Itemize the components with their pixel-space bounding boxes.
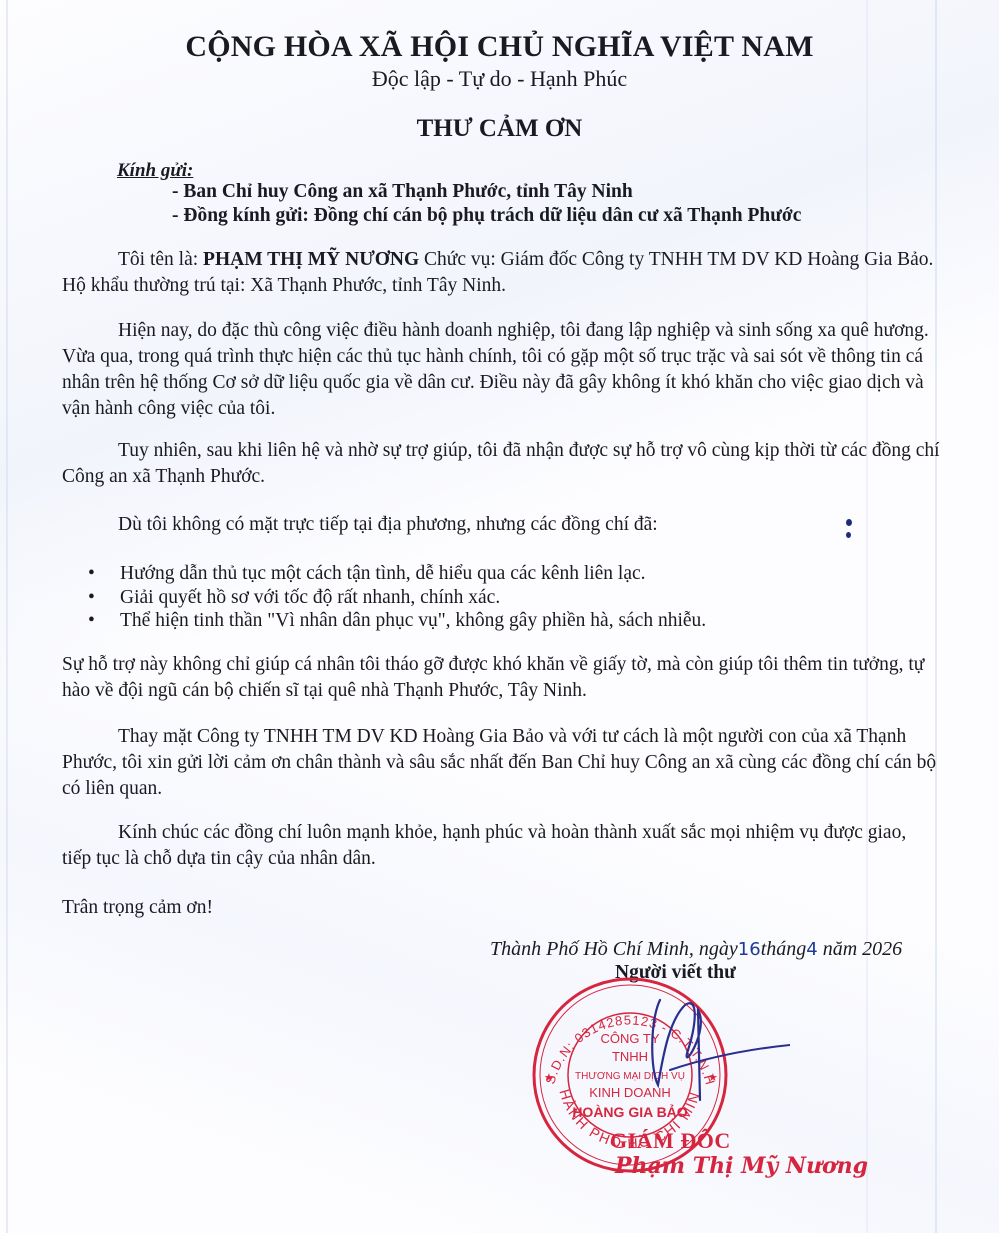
list-item-text: Hướng dẫn thủ tục một cách tận tình, dễ … bbox=[120, 563, 646, 584]
paragraph-text: Kính chúc các đồng chí luôn mạnh khỏe, h… bbox=[62, 822, 906, 869]
handwritten-signature bbox=[640, 990, 790, 1110]
bullet-icon: • bbox=[88, 562, 95, 586]
bullet-icon: • bbox=[88, 586, 95, 610]
paragraph-intro: Tôi tên là: PHẠM THỊ MỸ NƯƠNG Chức vụ: G… bbox=[62, 247, 940, 299]
paragraph-text: Tuy nhiên, sau khi liên hệ và nhờ sự trợ… bbox=[62, 440, 940, 487]
paragraph-support: Tuy nhiên, sau khi liên hệ và nhờ sự trợ… bbox=[62, 438, 940, 490]
paper-crease bbox=[935, 0, 937, 1233]
recipient-cc: - Đồng kính gửi: Đồng chí cán bộ phụ trá… bbox=[172, 205, 801, 227]
author-name: PHẠM THỊ MỸ NƯƠNG bbox=[203, 249, 419, 270]
paragraph-wishes: Kính chúc các đồng chí luôn mạnh khỏe, h… bbox=[62, 820, 940, 872]
signer-name: Phạm Thị Mỹ Nương bbox=[615, 1153, 868, 1179]
recipient-primary: - Ban Chỉ huy Công an xã Thạnh Phước, tỉ… bbox=[172, 181, 633, 203]
paragraph-text: Thay mặt Công ty TNHH TM DV KD Hoàng Gia… bbox=[62, 726, 936, 799]
letter-page: CỘNG HÒA XÃ HỘI CHỦ NGHĨA VIỆT NAM Độc l… bbox=[0, 0, 999, 1233]
intro-prefix: Tôi tên là: bbox=[118, 249, 203, 270]
list-item-text: Giải quyết hồ sơ với tốc độ rất nhanh, c… bbox=[120, 587, 500, 608]
paragraph-text: Hiện nay, do đặc thù công việc điều hành… bbox=[62, 320, 929, 419]
document-title: THƯ CẢM ƠN bbox=[0, 115, 999, 143]
bullet-list: •Hướng dẫn thủ tục một cách tận tình, dễ… bbox=[88, 562, 888, 633]
paper-crease bbox=[6, 0, 8, 1233]
paragraph-impact: Sự hỗ trợ này không chỉ giúp cá nhân tôi… bbox=[62, 652, 940, 704]
star-icon: ★ bbox=[544, 1071, 554, 1084]
paragraph-text: Sự hỗ trợ này không chỉ giúp cá nhân tôi… bbox=[62, 654, 924, 701]
list-item-text: Thể hiện tinh thần "Vì nhân dân phục vụ"… bbox=[120, 610, 706, 631]
signer-title: GIÁM ĐỐC bbox=[610, 1128, 731, 1154]
list-item: •Thể hiện tinh thần "Vì nhân dân phục vụ… bbox=[88, 609, 888, 633]
national-title: CỘNG HÒA XÃ HỘI CHỦ NGHĨA VIỆT NAM bbox=[0, 30, 999, 64]
handwritten-day: 16 bbox=[738, 939, 761, 960]
handwritten-month: 4 bbox=[806, 939, 817, 960]
bullet-icon: • bbox=[88, 609, 95, 633]
year-label: năm 2026 bbox=[823, 938, 902, 960]
national-motto: Độc lập - Tự do - Hạnh Phúc bbox=[0, 66, 999, 92]
paragraph-lead-in: Dù tôi không có mặt trực tiếp tại địa ph… bbox=[62, 512, 940, 538]
list-item: •Giải quyết hồ sơ với tốc độ rất nhanh, … bbox=[88, 586, 888, 610]
ink-speck bbox=[846, 532, 851, 538]
paragraph-background: Hiện nay, do đặc thù công việc điều hành… bbox=[62, 318, 940, 422]
month-label: tháng bbox=[761, 938, 807, 960]
place-label: Thành Phố Hồ Chí Minh, ngày bbox=[490, 938, 738, 960]
closing: Trân trọng cảm ơn! bbox=[62, 895, 940, 921]
paragraph-text: Dù tôi không có mặt trực tiếp tại địa ph… bbox=[118, 514, 658, 535]
place-date: Thành Phố Hồ Chí Minh, ngày16tháng4 năm … bbox=[490, 938, 902, 961]
ink-speck bbox=[846, 519, 852, 526]
paragraph-thanks: Thay mặt Công ty TNHH TM DV KD Hoàng Gia… bbox=[62, 724, 940, 802]
salutation: Kính gửi: bbox=[117, 160, 193, 182]
list-item: •Hướng dẫn thủ tục một cách tận tình, dễ… bbox=[88, 562, 888, 586]
